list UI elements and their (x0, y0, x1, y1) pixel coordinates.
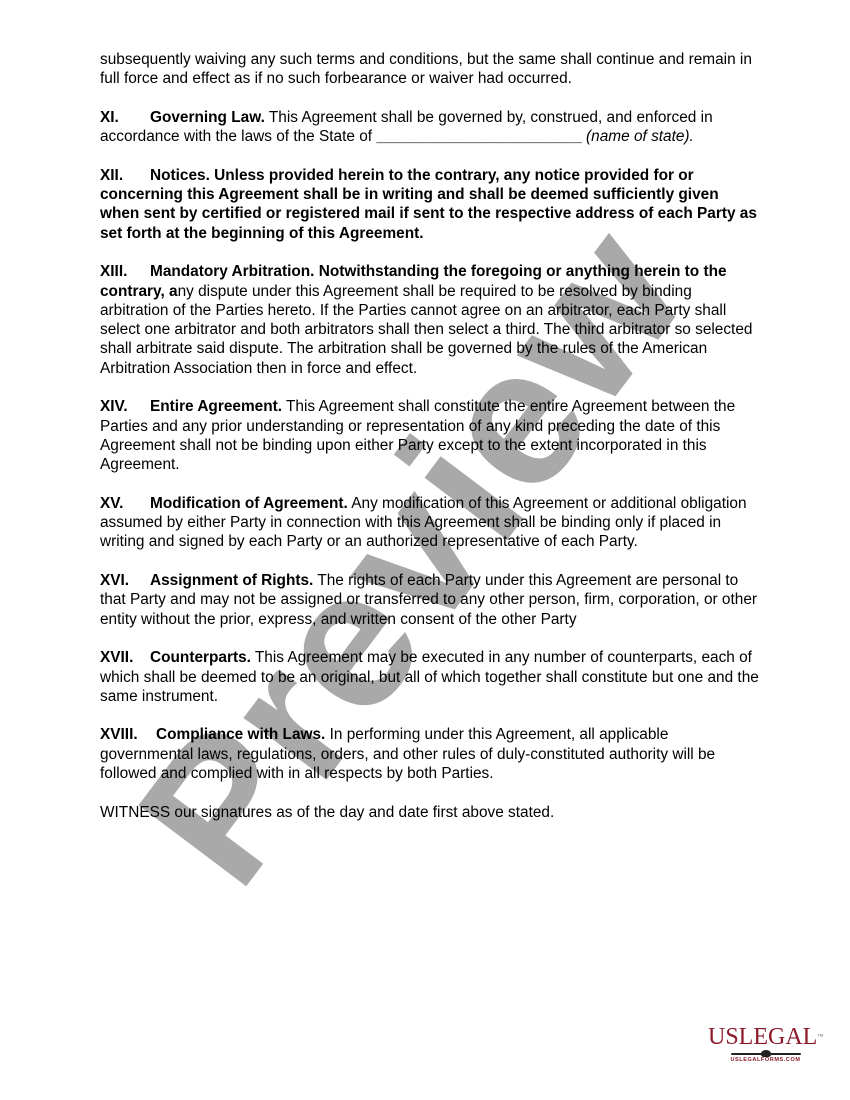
section-heading: Modification of Agreement. (150, 495, 348, 512)
section-heading: Compliance with Laws. (156, 726, 325, 743)
section-compliance-with-laws: XVIII.Compliance with Laws. In performin… (100, 725, 760, 783)
section-heading: Counterparts. (150, 649, 251, 666)
section-number: XIV. (100, 397, 150, 416)
section-assignment-of-rights: XVI.Assignment of Rights. The rights of … (100, 571, 760, 629)
eagle-icon (731, 1050, 801, 1057)
section-number: XVI. (100, 571, 150, 590)
section-number: XV. (100, 494, 150, 513)
section-modification: XV.Modification of Agreement. Any modifi… (100, 494, 760, 552)
state-blank-field[interactable]: ________________________ (376, 128, 581, 145)
trademark-symbol: ™ (817, 1034, 823, 1040)
section-mandatory-arbitration: XIII.Mandatory Arbitration. Notwithstand… (100, 262, 760, 378)
section-number: XI. (100, 108, 150, 127)
uslegal-logo[interactable]: USLEGAL™ USLEGALFORMS.COM (708, 1025, 823, 1067)
document-page: subsequently waiving any such terms and … (100, 50, 760, 841)
section-text: ny dispute under this Agreement shall be… (100, 283, 752, 377)
section-number: XII. (100, 166, 150, 185)
section-heading: Governing Law. (150, 109, 265, 126)
logo-url: USLEGALFORMS.COM (708, 1057, 823, 1063)
section-governing-law: XI.Governing Law. This Agreement shall b… (100, 108, 760, 147)
logo-wordmark: USLEGAL™ (708, 1025, 823, 1049)
section-heading: Entire Agreement. (150, 398, 282, 415)
logo-brand: USLEGAL (708, 1024, 817, 1050)
intro-continuation: subsequently waiving any such terms and … (100, 50, 760, 89)
witness-statement: WITNESS our signatures as of the day and… (100, 803, 760, 822)
section-entire-agreement: XIV.Entire Agreement. This Agreement sha… (100, 397, 760, 474)
section-number: XVII. (100, 648, 150, 667)
section-heading: Notices. (150, 167, 210, 184)
state-hint: (name of state). (582, 128, 694, 145)
section-notices: XII.Notices. Unless provided herein to t… (100, 166, 760, 243)
section-number: XVIII. (100, 725, 156, 744)
section-counterparts: XVII.Counterparts. This Agreement may be… (100, 648, 760, 706)
section-number: XIII. (100, 262, 150, 281)
section-heading: Assignment of Rights. (150, 572, 313, 589)
